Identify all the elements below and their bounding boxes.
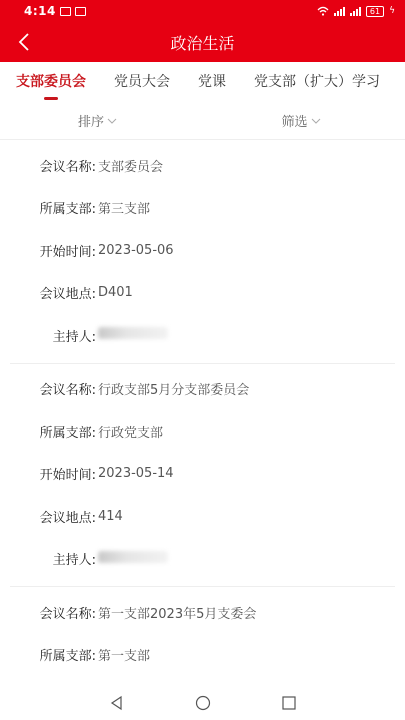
meeting-start-row: 开始时间:2023-05-06 <box>10 229 395 272</box>
filter-bar: 排序 筛选 <box>0 102 405 140</box>
sort-dropdown[interactable]: 排序 <box>0 102 202 139</box>
charging-icon: ϟ <box>389 6 395 16</box>
system-nav-bar <box>0 686 405 720</box>
meeting-location-row: 会议地点:414 <box>10 495 395 538</box>
recents-square-icon[interactable] <box>281 695 297 711</box>
meeting-name-row: 会议名称:支部委员会 <box>10 144 395 187</box>
back-triangle-icon[interactable] <box>109 695 125 711</box>
meeting-host-row: 主持人: <box>10 538 395 581</box>
meeting-start: 2023-05-06 <box>96 243 174 258</box>
meeting-card[interactable]: 会议名称:第一支部2023年5月支委会 所属支部:第一支部 <box>10 587 395 682</box>
meeting-branch-row: 所属支部:行政党支部 <box>10 410 395 453</box>
signal-icon <box>334 7 345 16</box>
meeting-host <box>96 327 168 343</box>
home-circle-icon[interactable] <box>195 695 211 711</box>
app-root: 4:14 61 ϟ 政治生活 支部委员会 党员大会 党课 党支部（扩大）学习 排… <box>0 0 405 720</box>
tab-branch-study[interactable]: 党支部（扩大）学习 <box>254 62 380 102</box>
blurred-name <box>98 327 168 339</box>
tab-bar: 支部委员会 党员大会 党课 党支部（扩大）学习 <box>0 62 405 102</box>
meeting-host-row: 主持人: <box>10 314 395 357</box>
signal-icon <box>350 7 361 16</box>
app-header: 政治生活 <box>0 22 405 62</box>
meeting-branch: 第三支部 <box>96 198 150 217</box>
status-time: 4:14 <box>24 4 56 18</box>
tab-member-assembly[interactable]: 党员大会 <box>114 62 170 102</box>
meeting-branch: 第一支部 <box>96 645 150 664</box>
notification-icon <box>75 7 86 16</box>
meeting-branch-row: 所属支部:第三支部 <box>10 187 395 230</box>
meeting-name: 行政支部5月分支部委员会 <box>96 379 249 398</box>
battery-icon: 61 <box>366 6 384 17</box>
meeting-list: 会议名称:支部委员会 所属支部:第三支部 开始时间:2023-05-06 会议地… <box>0 140 405 682</box>
status-bar: 4:14 61 ϟ <box>0 0 405 22</box>
tab-party-lecture[interactable]: 党课 <box>198 62 226 102</box>
meeting-name-row: 会议名称:行政支部5月分支部委员会 <box>10 368 395 411</box>
blurred-name <box>98 551 168 563</box>
meeting-card[interactable]: 会议名称:行政支部5月分支部委员会 所属支部:行政党支部 开始时间:2023-0… <box>10 364 395 588</box>
meeting-name: 支部委员会 <box>96 156 163 175</box>
sort-label: 排序 <box>78 111 104 130</box>
meeting-card[interactable]: 会议名称:支部委员会 所属支部:第三支部 开始时间:2023-05-06 会议地… <box>10 140 395 364</box>
status-icons: 61 ϟ <box>317 6 395 17</box>
meeting-branch: 行政党支部 <box>96 422 163 441</box>
notification-icon <box>60 7 71 16</box>
chevron-down-icon <box>107 118 117 124</box>
meeting-branch-row: 所属支部:第一支部 <box>10 634 395 677</box>
meeting-host <box>96 551 168 567</box>
meeting-location: D401 <box>96 285 133 300</box>
chevron-down-icon <box>311 118 321 124</box>
meeting-start-row: 开始时间:2023-05-14 <box>10 453 395 496</box>
filter-label: 筛选 <box>282 111 308 130</box>
meeting-start: 2023-05-14 <box>96 466 174 481</box>
meeting-location: 414 <box>96 509 123 524</box>
page-title: 政治生活 <box>170 31 234 54</box>
wifi-icon <box>317 6 329 16</box>
meeting-name-row: 会议名称:第一支部2023年5月支委会 <box>10 591 395 634</box>
chevron-left-icon[interactable] <box>14 30 36 54</box>
tab-branch-committee[interactable]: 支部委员会 <box>16 62 86 102</box>
meeting-location-row: 会议地点:D401 <box>10 272 395 315</box>
filter-dropdown[interactable]: 筛选 <box>202 102 405 139</box>
meeting-name: 第一支部2023年5月支委会 <box>96 603 256 622</box>
